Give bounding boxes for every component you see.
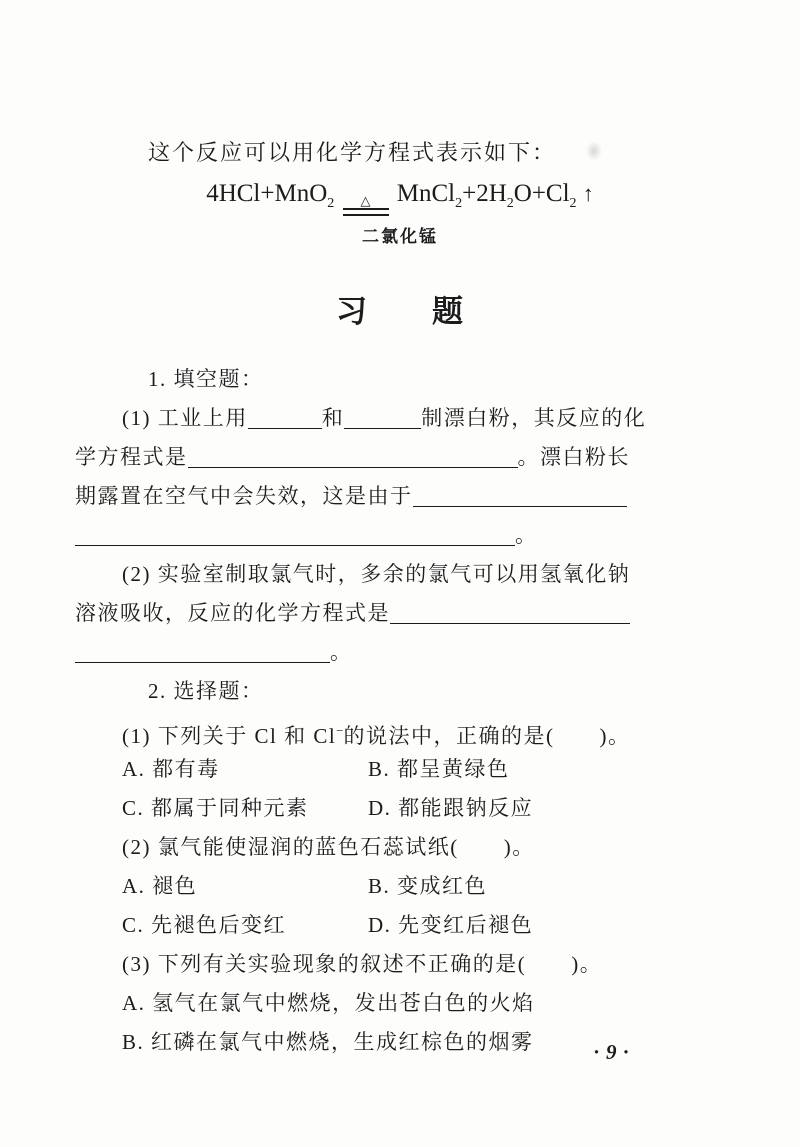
answer-blank	[390, 603, 630, 624]
choice-q1-options-cd: C. 都属于同种元素D. 都能跟钠反应	[75, 789, 720, 828]
intro-sentence: 这个反应可以用化学方程式表示如下：	[148, 136, 556, 167]
fill-in-header: 1. 填空题：	[75, 360, 720, 399]
scan-smudge	[586, 141, 602, 161]
page-number: ·9·	[593, 1040, 634, 1065]
option-a: A. 褪色	[122, 867, 368, 906]
answer-blank	[188, 447, 518, 468]
choice-header: 2. 选择题：	[75, 672, 720, 711]
superscript-minus: −	[336, 723, 343, 738]
equation-rhs: MnCl2+2H2O+Cl2	[397, 180, 577, 207]
exercise-body: 1. 填空题： (1) 工业上用和制漂白粉，其反应的化 学方程式是。漂白粉长 期…	[75, 360, 720, 1062]
section-title: 习 题	[0, 286, 800, 331]
choice-q2-options-ab: A. 褪色B. 变成红色	[75, 867, 720, 906]
heat-triangle-symbol: △	[361, 195, 371, 207]
page-number-dot-right: ·	[623, 1040, 634, 1064]
fill-in-q2-line3: 。	[75, 633, 720, 672]
option-b: B. 都呈黄绿色	[368, 757, 510, 781]
equation-lhs: 4HCl+MnO2	[206, 180, 334, 207]
textbook-page: 这个反应可以用化学方程式表示如下： 4HCl+MnO2 △ MnCl2+2H2O…	[0, 0, 800, 1147]
fill-in-q1-line1: (1) 工业上用和制漂白粉，其反应的化	[75, 399, 720, 438]
option-a: A. 都有毒	[122, 750, 368, 789]
option-c: C. 都属于同种元素	[122, 789, 368, 828]
gas-up-arrow: ↑	[583, 181, 594, 206]
reaction-condition: △	[343, 195, 389, 216]
page-number-value: 9	[604, 1040, 623, 1064]
fill-in-q2-line1: (2) 实验室制取氯气时，多余的氯气可以用氢氧化钠	[75, 555, 720, 594]
subscript: 2	[327, 196, 334, 211]
choice-q1-stem: (1) 下列关于 Cl 和 Cl−的说法中，正确的是( )。	[75, 711, 720, 750]
subscript: 2	[570, 196, 577, 211]
choice-q3-option-a: A. 氢气在氯气中燃烧，发出苍白色的火焰	[75, 984, 720, 1023]
equals-double-bar	[343, 208, 389, 216]
answer-blank	[413, 486, 627, 507]
option-d: D. 先变红后褪色	[368, 913, 533, 937]
choice-q2-options-cd: C. 先褪色后变红D. 先变红后褪色	[75, 906, 720, 945]
subscript: 2	[507, 196, 514, 211]
option-b: B. 变成红色	[368, 874, 487, 898]
equation-compound-label: 二氯化锰	[0, 222, 800, 247]
answer-blank	[75, 642, 330, 663]
choice-q1-options-ab: A. 都有毒B. 都呈黄绿色	[75, 750, 720, 789]
chemical-equation: 4HCl+MnO2 △ MnCl2+2H2O+Cl2 ↑	[0, 180, 800, 216]
answer-blank	[248, 408, 322, 429]
fill-in-q1-line3: 期露置在空气中会失效，这是由于	[75, 477, 720, 516]
answer-blank	[344, 408, 421, 429]
fill-in-q1-line2: 学方程式是。漂白粉长	[75, 438, 720, 477]
page-number-dot-left: ·	[593, 1040, 604, 1064]
choice-q2-stem: (2) 氯气能使湿润的蓝色石蕊试纸( )。	[75, 828, 720, 867]
option-d: D. 都能跟钠反应	[368, 796, 533, 820]
fill-in-q1-line4: 。	[75, 516, 720, 555]
option-c: C. 先褪色后变红	[122, 906, 368, 945]
answer-blank	[75, 525, 515, 546]
choice-q3-stem: (3) 下列有关实验现象的叙述不正确的是( )。	[75, 945, 720, 984]
fill-in-q2-line2: 溶液吸收，反应的化学方程式是	[75, 594, 720, 633]
